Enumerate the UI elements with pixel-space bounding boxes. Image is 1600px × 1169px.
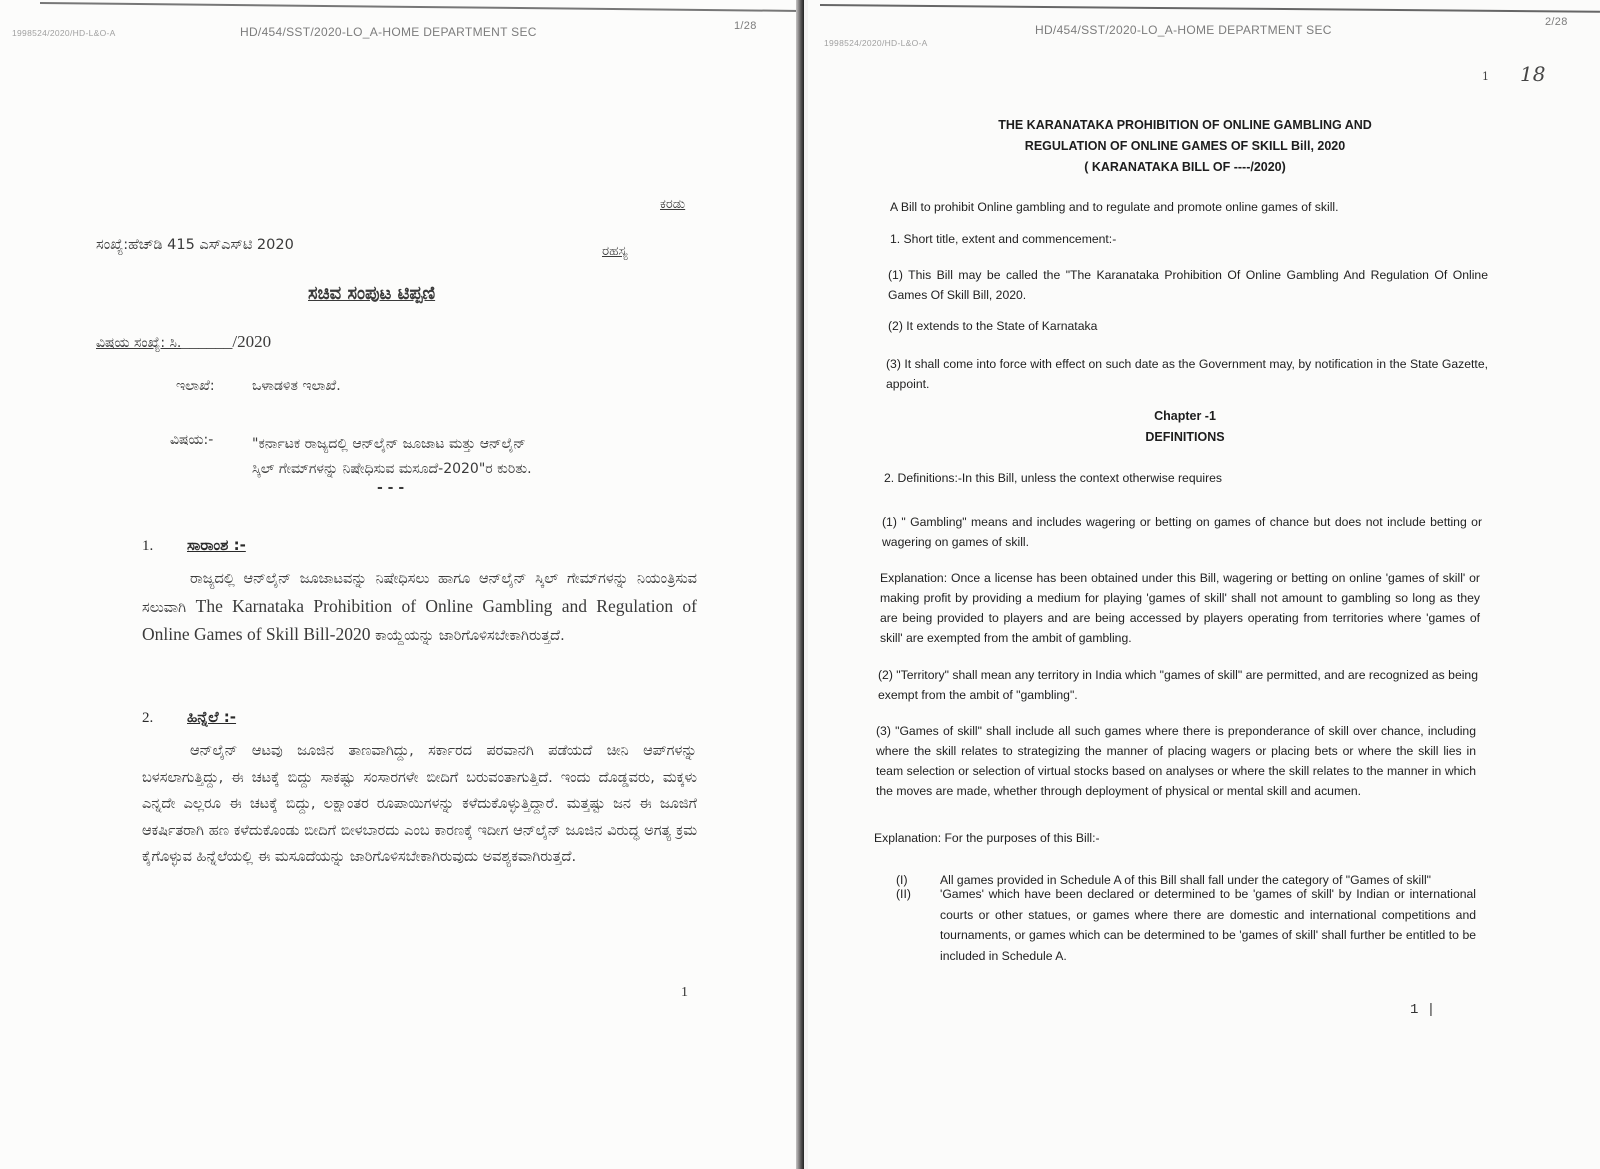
section-1-label: ಸಾರಾಂಶ :- xyxy=(187,536,246,554)
chapter-label: Chapter -1 xyxy=(880,406,1490,427)
header-ref: HD/454/SST/2020-LO_A-HOME DEPARTMENT SEC xyxy=(240,25,537,39)
bill-title-line-3: ( KARANATAKA BILL OF ----/2020) xyxy=(880,157,1490,178)
left-page: 1998524/2020/HD-L&O-A HD/454/SST/2020-LO… xyxy=(0,0,800,1169)
subject-number-label: ವಿಷಯ ಸಂಖ್ಯೆ: ಸಿ. xyxy=(96,335,181,351)
section-1-item-3: (3) It shall come into force with effect… xyxy=(886,354,1488,394)
stamp-id: 1998524/2020/HD-L&O-A xyxy=(12,28,116,38)
document-title: ಸಚಿವ ಸಂಪುಟ ಟಿಪ್ಪಣಿ xyxy=(308,283,435,304)
section-2-label: ಹಿನ್ನೆಲೆ :- xyxy=(187,708,236,726)
file-reference: ಸಂಖ್ಯೆ:ಹೆಚ್‌ಡಿ 415 ಎಸ್‌ಎಸ್‌ಟಿ 2020 xyxy=(96,237,294,253)
subject-value: "ಕರ್ನಾಟಕ ರಾಜ್ಯದಲ್ಲಿ ಆನ್‌ಲೈನ್ ಜೂಜಾಟ ಮತ್ತು… xyxy=(252,432,532,482)
section-1-number: 1. xyxy=(142,538,187,555)
chapter-title: DEFINITIONS xyxy=(880,427,1490,448)
bill-title-line-2: REGULATION OF ONLINE GAMES OF SKILL Bill… xyxy=(880,136,1490,157)
chapter-heading: Chapter -1 DEFINITIONS xyxy=(880,406,1490,448)
definition-gambling: (1) " Gambling" means and includes wager… xyxy=(882,512,1482,552)
section-1-item-1: (1) This Bill may be called the "The Kar… xyxy=(888,265,1488,305)
page-counter: 1/28 xyxy=(734,20,757,32)
definition-games-of-skill: (3) "Games of skill" shall include all s… xyxy=(876,721,1476,801)
section-2-heading: 2.ಹಿನ್ನೆಲೆ :- xyxy=(142,708,236,727)
definition-territory: (2) "Territory" shall mean any territory… xyxy=(878,665,1478,705)
section-1-body: ರಾಜ್ಯದಲ್ಲಿ ಆನ್‌ಲೈನ್ ಜೂಜಾಟವನ್ನು ನಿಷೇಧಿಸಲು… xyxy=(142,566,697,650)
item-text: 'Games' which have been declared or dete… xyxy=(940,884,1476,966)
subject-line-1: "ಕರ್ನಾಟಕ ರಾಜ್ಯದಲ್ಲಿ ಆನ್‌ಲೈನ್ ಜೂಜಾಟ ಮತ್ತು… xyxy=(252,432,532,457)
top-edge-line xyxy=(40,2,800,12)
page-number: 1 xyxy=(681,985,688,1001)
explanation-heading: Explanation: For the purposes of this Bi… xyxy=(874,828,1100,848)
draft-label: ಕರಡು xyxy=(660,197,685,212)
department-label: ಇಲಾಖೆ: xyxy=(176,378,215,394)
section-1-item-2: (2) It extends to the State of Karnataka xyxy=(888,316,1097,336)
section-1-text-kn-end: ಕಾಯ್ದೆಯನ್ನು ಜಾರಿಗೊಳಿಸಬೇಕಾಗಿರುತ್ತದೆ. xyxy=(370,628,564,644)
stamp-id-right: 1998524/2020/HD-L&O-A xyxy=(824,38,928,48)
subject-label: ವಿಷಯ:- xyxy=(170,432,213,448)
bill-title: THE KARANATAKA PROHIBITION OF ONLINE GAM… xyxy=(880,115,1490,178)
department-value: ಒಳಾಡಳಿತ ಇಲಾಖೆ. xyxy=(252,378,341,394)
section-2-body: ಆನ್‌ಲೈನ್ ಆಟವು ಜೂಜಿನ ತಾಣವಾಗಿದ್ದು, ಸರ್ಕಾರದ… xyxy=(142,738,697,871)
bill-title-line-1: THE KARANATAKA PROHIBITION OF ONLINE GAM… xyxy=(880,115,1490,136)
subject-number-value: ______/2020 xyxy=(181,332,271,351)
page-divider xyxy=(796,0,804,1169)
section-2-heading-right: 2. Definitions:-In this Bill, unless the… xyxy=(884,468,1222,488)
subject-number: ವಿಷಯ ಸಂಖ್ಯೆ: ಸಿ.______/2020 xyxy=(96,332,271,352)
separator: - - - xyxy=(377,480,404,496)
handwritten-mark-folio: 18 xyxy=(1520,62,1545,86)
header-ref-right: HD/454/SST/2020-LO_A-HOME DEPARTMENT SEC xyxy=(1035,23,1332,37)
page-number-right: 1 | xyxy=(1410,1002,1435,1018)
explanation-item-2: (II) 'Games' which have been declared or… xyxy=(896,884,1478,974)
section-1-heading-right: 1. Short title, extent and commencement:… xyxy=(890,229,1116,249)
item-numeral: (II) xyxy=(896,884,911,905)
section-1-heading: 1.ಸಾರಾಂಶ :- xyxy=(142,536,246,555)
preamble: A Bill to prohibit Online gambling and t… xyxy=(890,197,1339,217)
section-2-number: 2. xyxy=(142,710,187,727)
secret-label: ರಹಸ್ಯ xyxy=(602,243,628,259)
subject-line-2: ಸ್ಕಿಲ್ ಗೇಮ್‌ಗಳನ್ನು ನಿಷೇಧಿಸುವ ಮಸೂದೆ-2020"… xyxy=(252,457,532,482)
page-counter-right: 2/28 xyxy=(1545,16,1568,28)
definition-explanation: Explanation: Once a license has been obt… xyxy=(880,568,1480,648)
handwritten-mark-1: 1 xyxy=(1482,70,1489,83)
